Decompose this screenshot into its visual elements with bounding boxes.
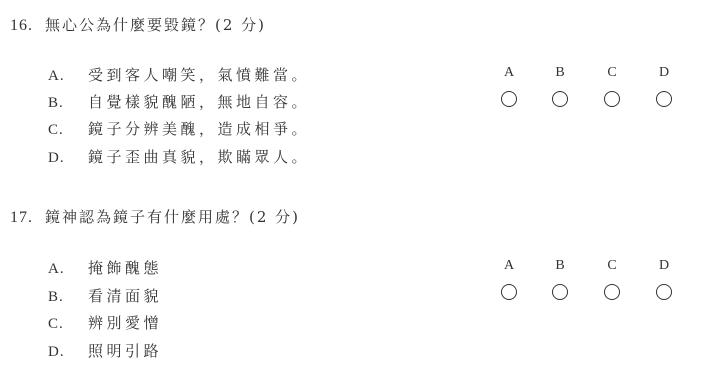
option-text: 鏡子歪曲真貌，欺瞞眾人。 <box>88 148 310 166</box>
option-b: B.自覺樣貌醜陋，無地自容。 <box>48 91 310 112</box>
option-text: 辨別愛憎 <box>88 314 162 332</box>
option-text: 照明引路 <box>88 342 162 360</box>
option-c: C.鏡子分辨美醜，造成相爭。 <box>48 118 310 139</box>
answer-bubble-a[interactable] <box>501 91 517 107</box>
bubble-letter-d: D <box>654 65 674 81</box>
option-label: C. <box>48 316 88 333</box>
option-a: A.受到客人嘲笑，氣憤難當。 <box>48 64 310 85</box>
bubble-letter-a: A <box>499 258 519 274</box>
answer-bubble-d[interactable] <box>656 91 672 107</box>
bubble-letter-b: B <box>550 258 570 274</box>
option-d: D.照明引路 <box>48 340 162 361</box>
answer-bubble-a[interactable] <box>501 284 517 300</box>
question-16-title: 16.無心公為什麼要毀鏡？(2 分) <box>10 14 266 35</box>
question-17-title: 17.鏡神認為鏡子有什麼用處？(2 分) <box>10 206 300 227</box>
bubble-letter-a: A <box>499 65 519 81</box>
bubble-letter-c: C <box>602 258 622 274</box>
option-d: D.鏡子歪曲真貌，欺瞞眾人。 <box>48 146 310 167</box>
answer-bubble-c[interactable] <box>604 284 620 300</box>
option-c: C.辨別愛憎 <box>48 312 162 333</box>
option-label: C. <box>48 122 88 139</box>
option-label: B. <box>48 289 88 306</box>
option-label: A. <box>48 68 88 85</box>
bubble-letter-c: C <box>602 65 622 81</box>
option-text: 鏡子分辨美醜，造成相爭。 <box>88 120 310 138</box>
answer-bubble-c[interactable] <box>604 91 620 107</box>
option-label: D. <box>48 150 88 167</box>
option-label: B. <box>48 95 88 112</box>
answer-bubble-b[interactable] <box>552 91 568 107</box>
option-text: 受到客人嘲笑，氣憤難當。 <box>88 66 310 84</box>
option-text: 掩飾醜態 <box>88 259 162 277</box>
option-text: 自覺樣貌醜陋，無地自容。 <box>88 93 310 111</box>
option-label: D. <box>48 344 88 361</box>
option-label: A. <box>48 261 88 278</box>
option-text: 看清面貌 <box>88 287 162 305</box>
question-text: 無心公為什麼要毀鏡？(2 分) <box>45 16 266 34</box>
question-number: 17. <box>10 209 33 226</box>
question-number: 16. <box>10 17 33 34</box>
bubble-letter-d: D <box>654 258 674 274</box>
question-text: 鏡神認為鏡子有什麼用處？(2 分) <box>45 208 300 226</box>
answer-bubble-d[interactable] <box>656 284 672 300</box>
answer-bubble-b[interactable] <box>552 284 568 300</box>
option-b: B.看清面貌 <box>48 285 162 306</box>
bubble-letter-b: B <box>550 65 570 81</box>
option-a: A.掩飾醜態 <box>48 257 162 278</box>
